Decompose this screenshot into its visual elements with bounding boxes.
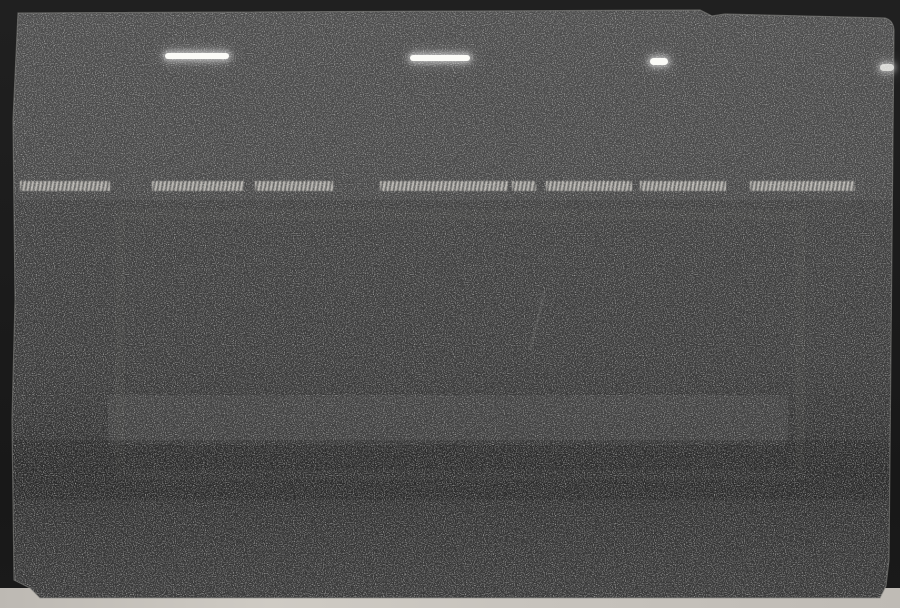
light-reflection-2 xyxy=(410,55,470,61)
window-glare-3 xyxy=(255,181,333,191)
granite-slab xyxy=(0,0,900,608)
window-glare-4 xyxy=(380,181,508,191)
window-glare-5 xyxy=(512,181,536,191)
window-glare-6 xyxy=(546,181,632,191)
light-reflection-3 xyxy=(650,58,668,65)
window-glare-1 xyxy=(20,181,110,191)
light-reflection-4 xyxy=(880,64,894,71)
granite-slab-photo xyxy=(0,0,900,608)
light-reflection-1 xyxy=(165,53,229,59)
window-glare-7 xyxy=(640,181,726,191)
window-glare-8 xyxy=(750,181,855,191)
window-glare-2 xyxy=(152,181,244,191)
